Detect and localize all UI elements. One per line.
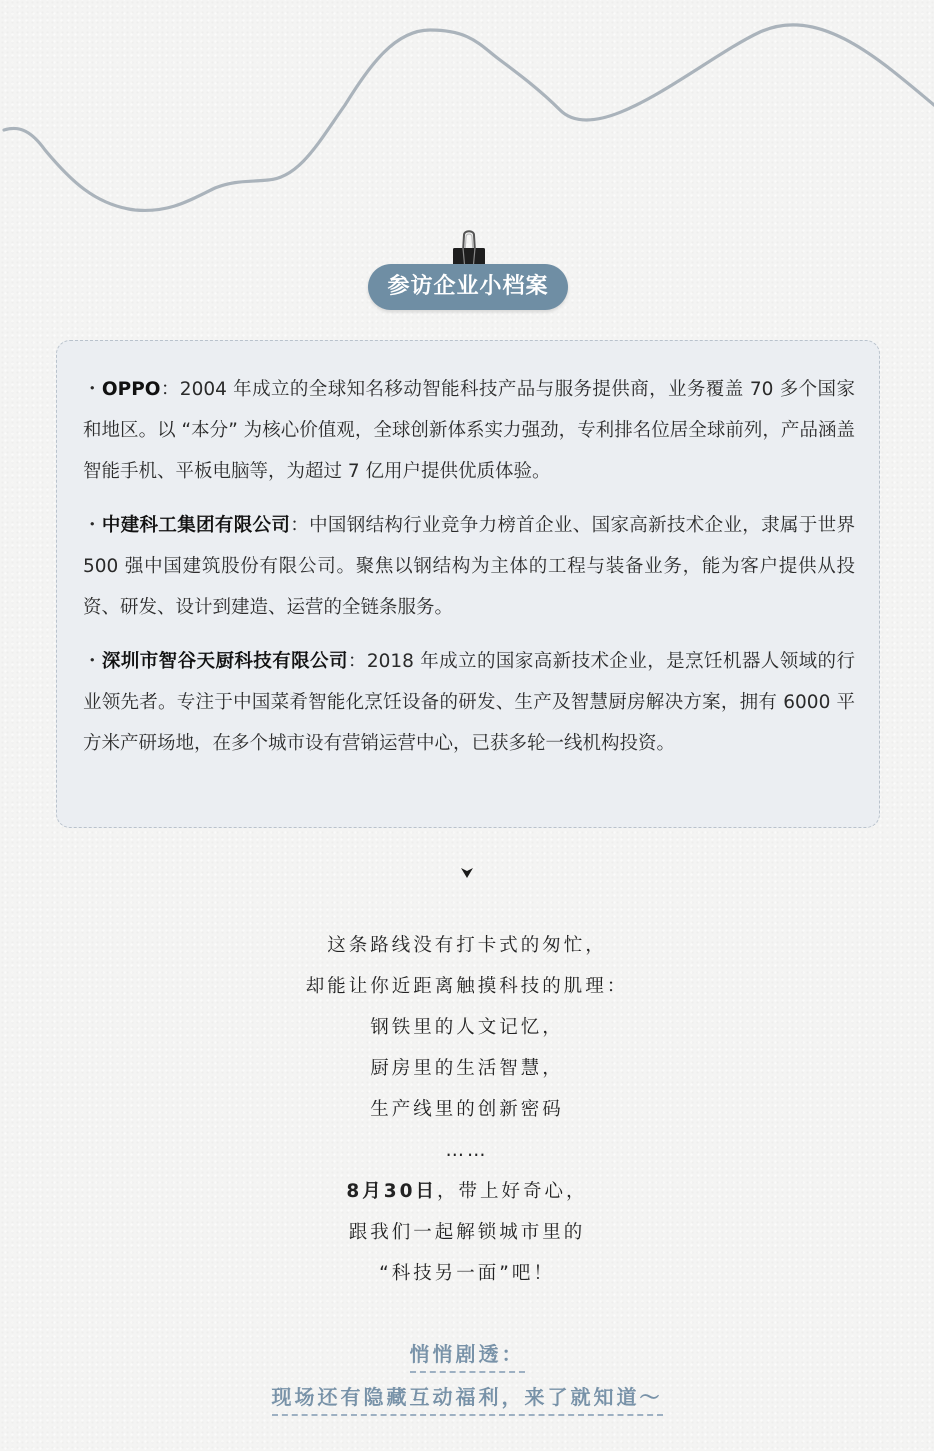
separator: ： xyxy=(290,515,309,536)
company-name: OPPO xyxy=(102,379,161,400)
company-item-cscec-steel: ・中建科工集团有限公司：中国钢结构行业竞争力榜首企业、国家高新技术企业，隶属于世… xyxy=(83,505,855,628)
poem-line: 生产线里的创新密码 xyxy=(0,1089,934,1130)
event-date-rest: ，带上好奇心， xyxy=(437,1181,588,1202)
company-name: 深圳市智谷天厨科技有限公司 xyxy=(102,651,348,672)
poem-line: “科技另一面”吧！ xyxy=(0,1253,934,1294)
poem-line: 跟我们一起解锁城市里的 xyxy=(0,1212,934,1253)
bullet: ・ xyxy=(83,651,102,672)
poem-line: 钢铁里的人文记忆， xyxy=(0,1007,934,1048)
bullet: ・ xyxy=(83,379,102,400)
company-item-oppo: ・OPPO：2004 年成立的全球知名移动智能科技产品与服务提供商，业务覆盖 7… xyxy=(83,369,855,492)
teaser-section: 悄悄剧透： 现场还有隐藏互动福利，来了就知道～ xyxy=(0,1340,934,1426)
poem-line: 这条路线没有打卡式的匆忙， xyxy=(0,925,934,966)
separator: ： xyxy=(348,651,367,672)
poem-line: 却能让你近距离触摸科技的肌理： xyxy=(0,966,934,1007)
company-description: 2004 年成立的全球知名移动智能科技产品与服务提供商，业务覆盖 70 多个国家… xyxy=(83,379,855,482)
company-item-zhigu-tianchu: ・深圳市智谷天厨科技有限公司：2018 年成立的国家高新技术企业，是烹饪机器人领… xyxy=(83,641,855,764)
teaser-heading: 悄悄剧透： xyxy=(410,1340,525,1373)
poem-ellipsis: …… xyxy=(0,1130,934,1171)
bullet: ・ xyxy=(83,515,102,536)
event-date-line: 8月30日，带上好奇心， xyxy=(0,1171,934,1212)
event-date: 8月30日 xyxy=(346,1181,437,1202)
intro-poem: 这条路线没有打卡式的匆忙， 却能让你近距离触摸科技的肌理： 钢铁里的人文记忆， … xyxy=(0,925,934,1294)
company-profiles-card: ・OPPO：2004 年成立的全球知名移动智能科技产品与服务提供商，业务覆盖 7… xyxy=(56,340,880,828)
decorative-wave-line xyxy=(0,0,934,230)
section-badge-company-profiles: 参访企业小档案 xyxy=(368,264,568,310)
down-arrow-icon xyxy=(459,866,475,880)
separator: ： xyxy=(160,379,179,400)
teaser-text: 现场还有隐藏互动福利，来了就知道～ xyxy=(272,1383,663,1416)
poem-line: 厨房里的生活智慧， xyxy=(0,1048,934,1089)
company-name: 中建科工集团有限公司 xyxy=(102,515,290,536)
